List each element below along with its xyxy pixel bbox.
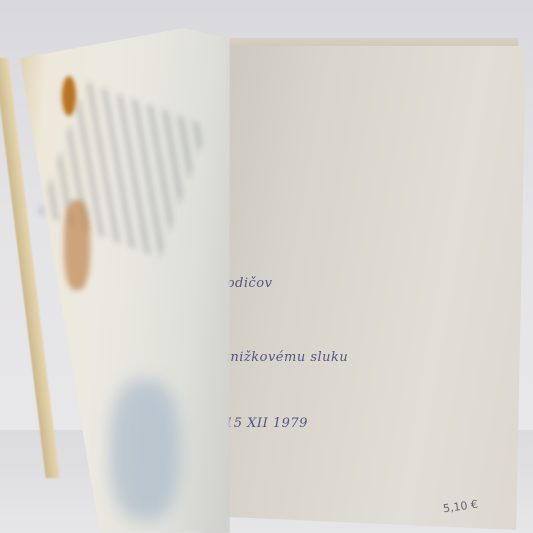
cover-illustration-figure	[64, 200, 90, 290]
photo-scene: rodičov knižkovému sluku 15 XII 1979 5,1…	[0, 0, 533, 533]
cover-illustration-blue	[110, 380, 180, 520]
handwritten-line-2: knižkovému sluku	[222, 350, 348, 365]
cover-illustration-flame	[62, 76, 76, 116]
handwritten-date: 15 XII 1979	[225, 416, 308, 431]
